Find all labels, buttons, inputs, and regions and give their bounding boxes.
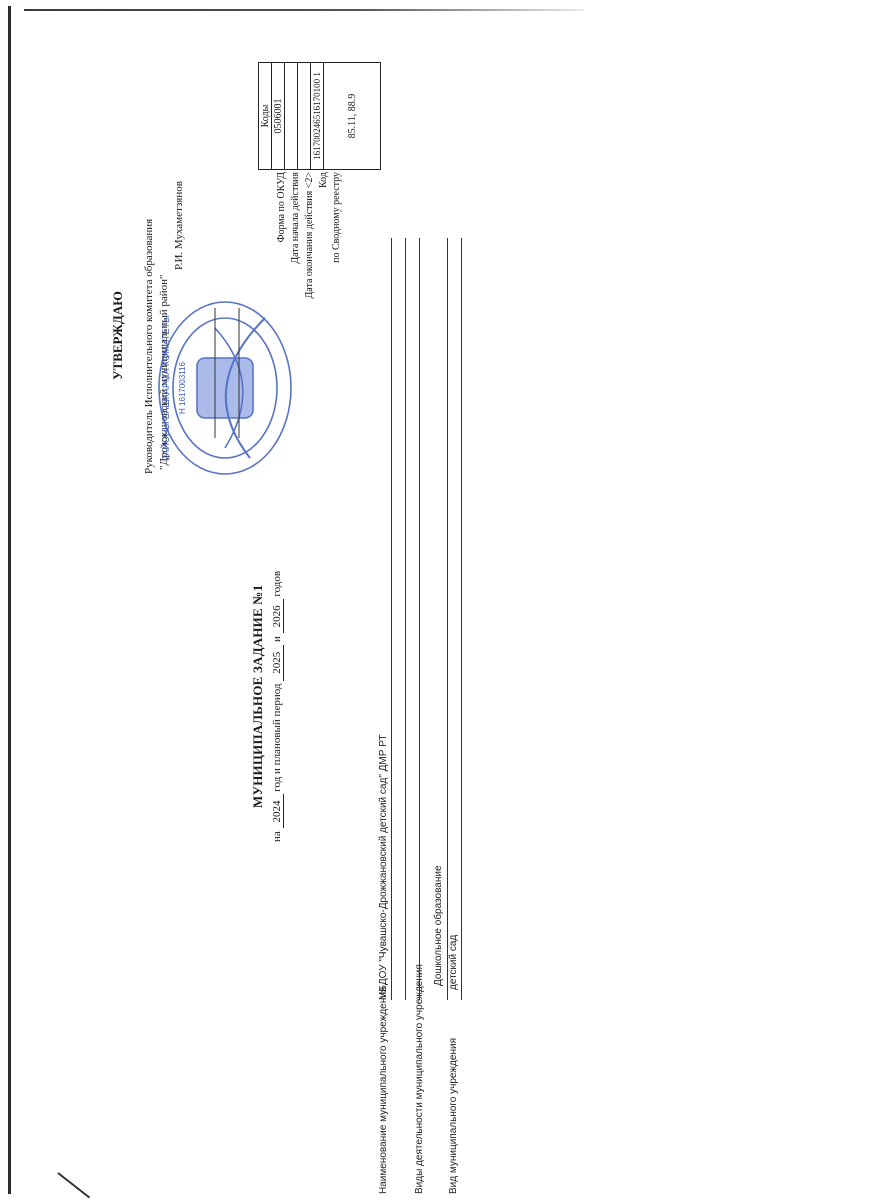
approval-heading: УТВЕРЖДАЮ [110, 291, 126, 380]
svg-text:РАЙОНЫ БАШКАРМА КОМИТЕТЫ: РАЙОНЫ БАШКАРМА КОМИТЕТЫ [160, 315, 171, 461]
label-start-date: Дата начала действия [290, 172, 301, 264]
code-start-date [285, 63, 298, 170]
field-line-activity [447, 238, 448, 1000]
period-conj: и [271, 636, 283, 642]
codes-table: Коды 0506001 161700246516170100 1 85.11,… [258, 62, 381, 170]
code-reestr: 161700246516170100 1 [311, 63, 324, 170]
approval-position-line1: Руководитель Исполнительного комитета об… [143, 219, 155, 474]
approval-signatory: Р.И. Мухаметзянов [173, 181, 185, 270]
field-label-type: Вид муниципального учреждения [448, 1038, 459, 1194]
field-value-type: детский сад [448, 935, 459, 990]
field-line-type [461, 238, 462, 1000]
period-year2: 2025 [271, 645, 284, 681]
code-okud: 0506001 [272, 63, 285, 170]
code-end-date [298, 63, 311, 170]
period-line: на 2024 год и плановый период 2025 и 202… [271, 571, 284, 842]
field-line-activity-top [419, 238, 420, 1000]
field-label-name: Наименование муниципального учреждения [378, 987, 389, 1194]
period-year3: 2026 [271, 599, 284, 633]
field-line-blank [405, 238, 406, 1000]
official-stamp-icon: РАЙОНЫ БАШКАРМА КОМИТЕТЫ Н 1617003116 [155, 298, 295, 478]
codes-header: Коды [259, 63, 272, 170]
field-value-name: МБДОУ "Чувашско-Дрожжановский детский са… [378, 734, 389, 1000]
field-line-name [391, 238, 392, 1000]
period-year: 2024 [271, 794, 284, 828]
document-title: МУНИЦИПАЛЬНОЕ ЗАДАНИЕ №1 [250, 585, 266, 808]
label-end-date: Дата окончания действия <2> [304, 172, 315, 299]
svg-text:Н 1617003116: Н 1617003116 [178, 362, 187, 414]
document-page: МУНИЦИПАЛЬНОЕ ЗАДАНИЕ №1 на 2024 год и п… [0, 0, 872, 1200]
label-code: Код [318, 172, 329, 188]
field-value-activity: Дошкольное образование [433, 865, 444, 986]
period-prefix: на [271, 831, 283, 842]
period-suffix: годов [271, 571, 283, 597]
label-okud: Форма по ОКУД [276, 172, 287, 242]
label-reestr: по Сводному реестру [331, 172, 342, 263]
period-middle: год и плановый период [271, 684, 283, 792]
code-okved: 85.11, 88.9 [324, 63, 381, 170]
